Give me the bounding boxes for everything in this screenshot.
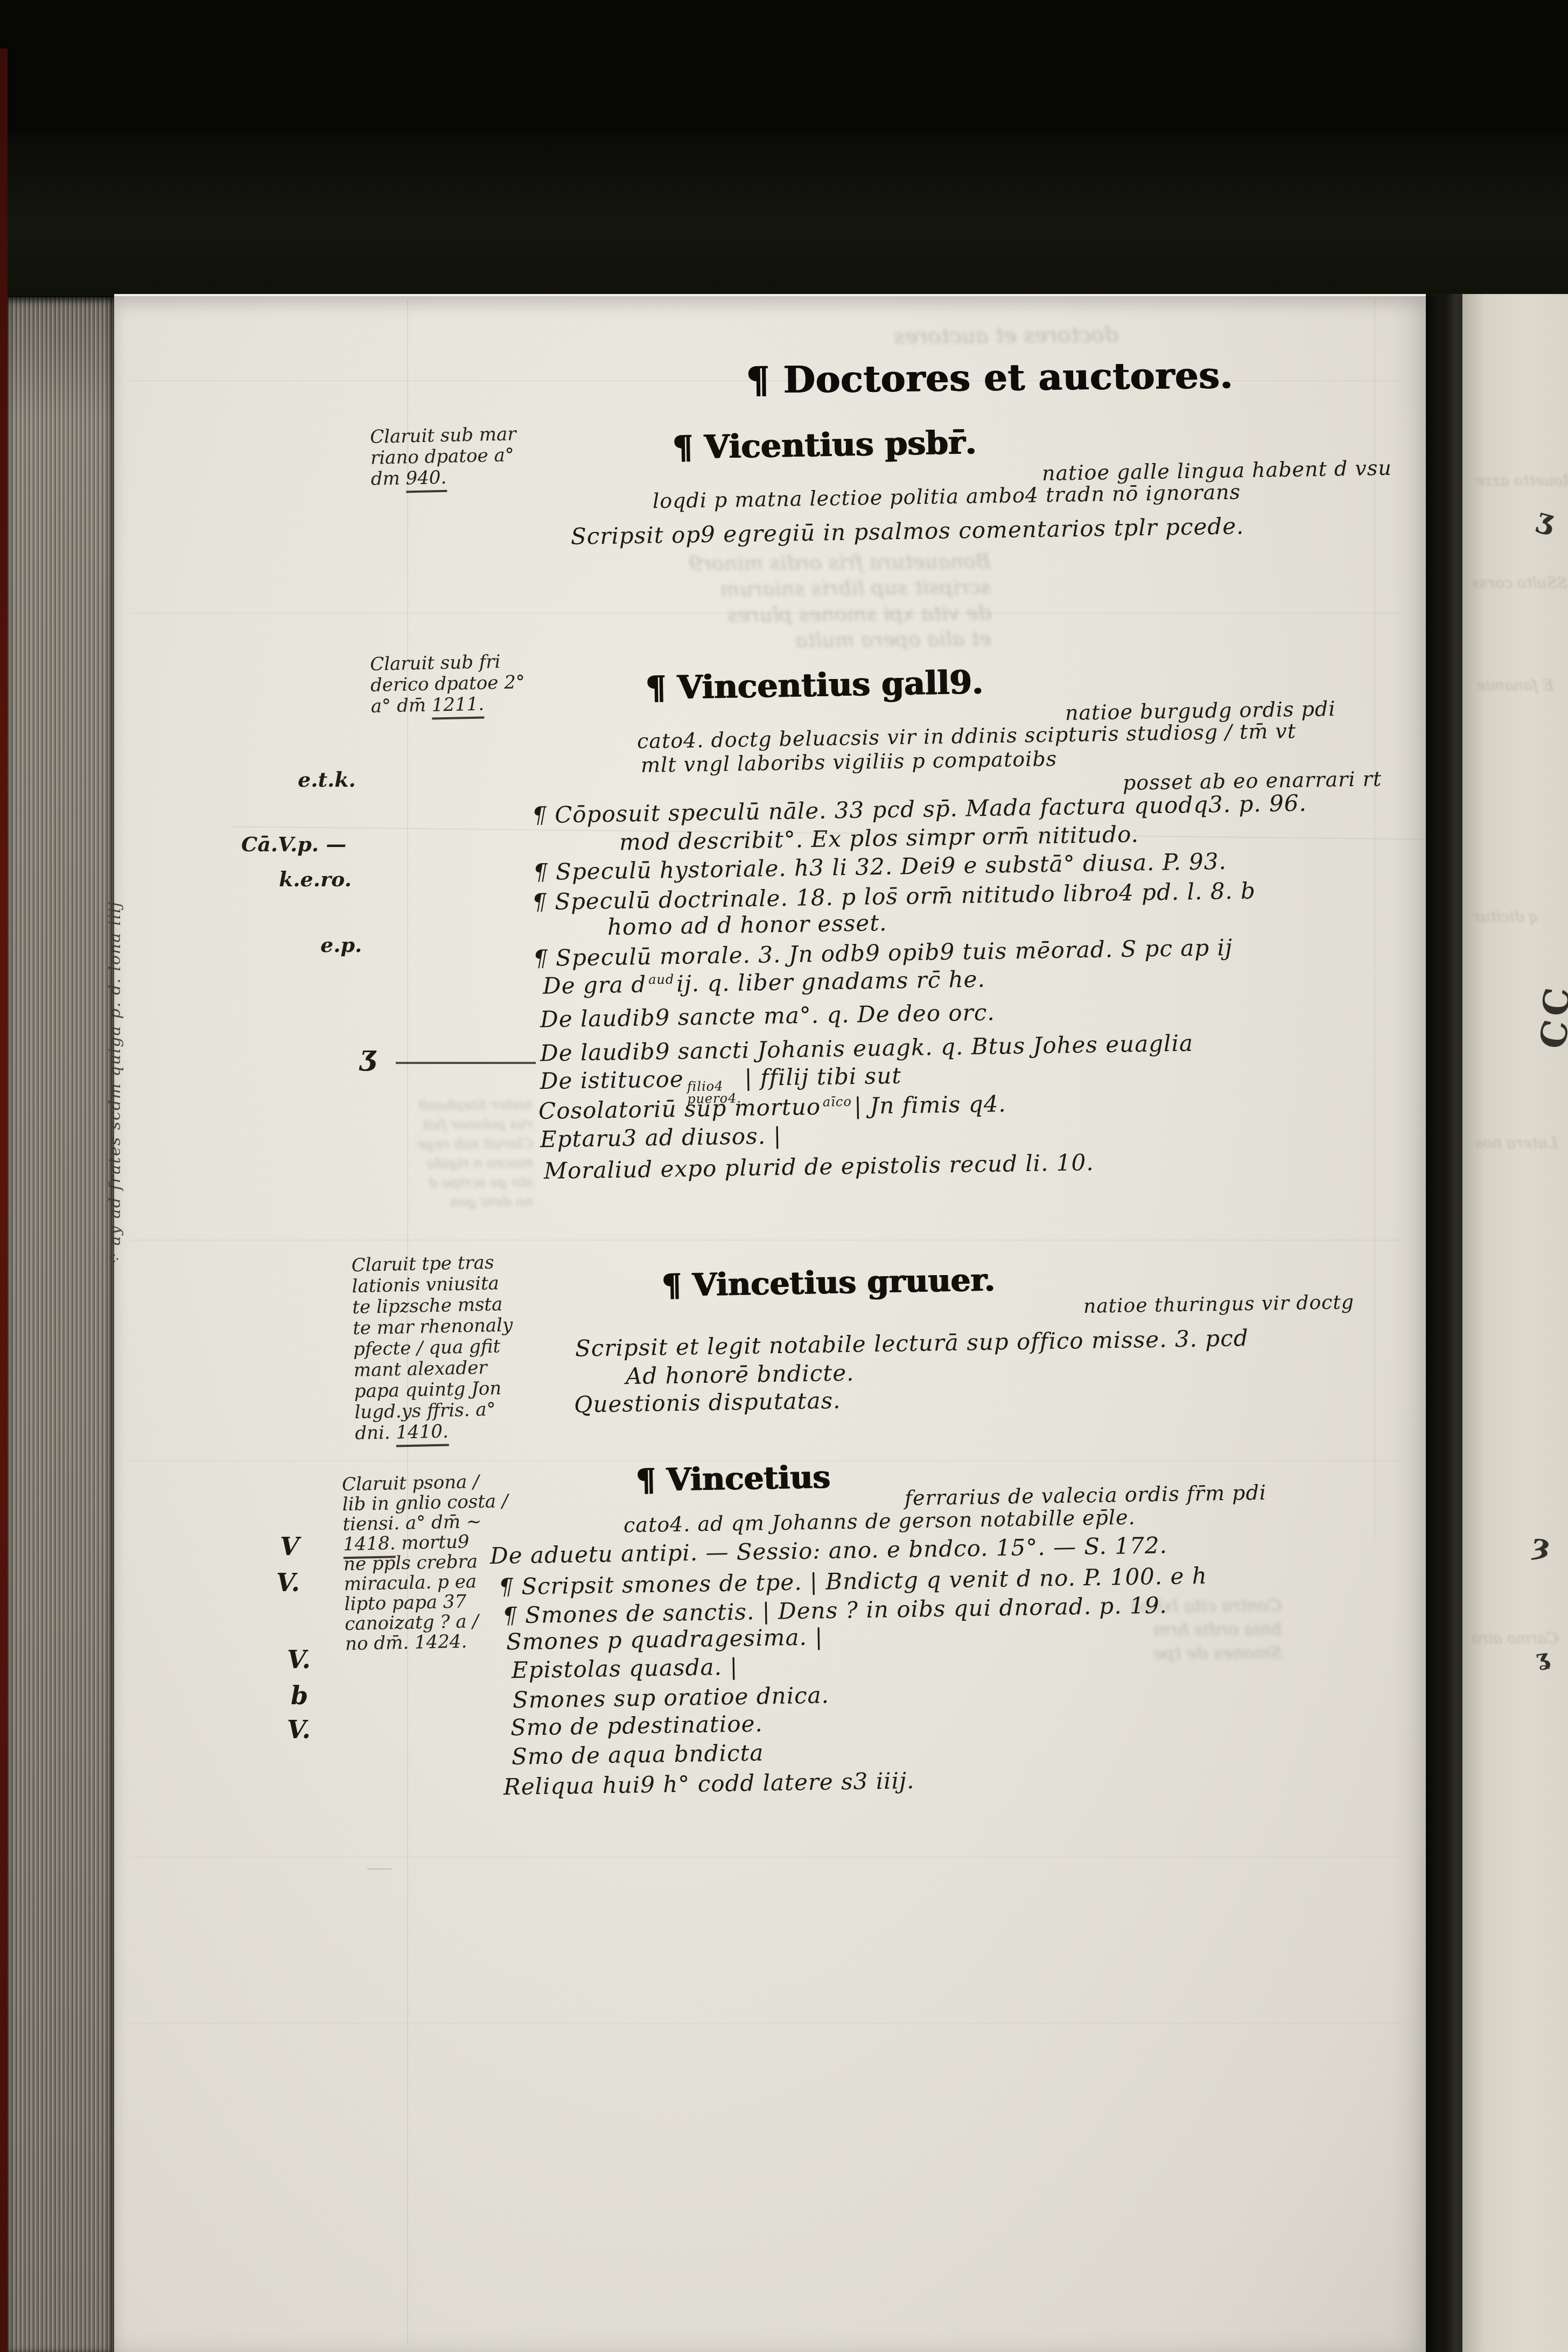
guide-line — [130, 2022, 1401, 2024]
ink-mark: ȝ — [1530, 1526, 1554, 1564]
bleed-through-block: Bonauetura fris ordis minor9 scripsit su… — [689, 548, 991, 654]
bleed-through-text: doctores et auctores — [894, 322, 1118, 349]
guide-line — [130, 1857, 1401, 1858]
facing-page-sliver: Rouetto azze SSulto corss E fanamie q di… — [1462, 294, 1568, 2352]
entry4-work-line: Epistolas quasda. | — [512, 1654, 738, 1684]
ink-mark: ʒ — [1534, 501, 1558, 537]
manuscript-photo: doctores et auctores Bonauetura fris ord… — [0, 0, 1568, 2352]
entry2-work-line: Eptaru3 ad diusos. | — [540, 1122, 782, 1152]
entry4-work-line: Smo de aqua bndicta — [512, 1739, 764, 1769]
margin-siglum: V — [280, 1532, 299, 1561]
margin-siglum: Cā.V.p. — — [241, 832, 346, 856]
entry3-author-description: natioe thuringus vir doctg — [1083, 1291, 1354, 1318]
margin-siglum: e.p. — [320, 933, 362, 957]
entry1-margin-note: Claruit sub mar riano dpatoe a° dm 940. — [370, 424, 517, 490]
entry2-work-line: homo ad d honor esset. — [607, 909, 887, 940]
entry3-work-line: Questionis disputatas. — [574, 1387, 841, 1418]
margin-siglum: b — [291, 1681, 308, 1710]
entry3-margin-note: Claruit tpe tras lationis vniusita te li… — [351, 1252, 515, 1444]
entry2-author-name: ¶ Vincentius gall9. — [645, 664, 983, 708]
bleed-through-text: SSulto corss — [1472, 574, 1567, 592]
date: 1424. — [414, 1630, 467, 1653]
entry2-margin-note: Claruit sub fri derico dpatoe 2° a° dm̄ … — [370, 651, 526, 717]
entry4-work-line: Smones sup oratioe dnica. — [513, 1682, 830, 1713]
bleed-through-text: q dicitur — [1473, 908, 1538, 926]
ink-mark: Ɔ — [1530, 1017, 1568, 1052]
background-shadow-band — [0, 135, 1568, 296]
ink-mark: ʓ — [1534, 1644, 1550, 1672]
book-cover-edge — [0, 48, 8, 2352]
page-heading: ¶ Doctores et auctores. — [746, 354, 1233, 402]
margin-siglum: ʒ — [360, 1039, 376, 1072]
stray-mark — [367, 1868, 392, 1870]
date-underlined: 940. — [405, 467, 447, 493]
gutter-shadow — [1426, 294, 1462, 2352]
bleed-through-block: nister Stephan9 rus polonor fuit Claruit… — [417, 1095, 534, 1213]
margin-siglum: V. — [276, 1568, 300, 1597]
entry1-author-name: ¶ Vicentius psbr̄. — [671, 424, 976, 467]
bleed-through-text: Lutera nos — [1475, 1134, 1558, 1152]
entry4-work-line: Smones p quadragesima. | — [506, 1623, 823, 1655]
entry4-work-line: Smo de pdestinatioe. — [510, 1710, 763, 1740]
entry4-margin-note: Claruit psona / lib in gnlio costa / tie… — [342, 1472, 512, 1654]
margin-siglum: V. — [287, 1715, 311, 1744]
bleed-through-text: E fanamie — [1476, 676, 1553, 694]
ink-mark: Ɔ — [1533, 986, 1568, 1018]
margin-dash — [396, 1062, 536, 1064]
guide-line — [130, 1240, 1401, 1241]
bleed-through-text: Rouetto azze — [1475, 472, 1568, 489]
date-underlined: 1410. — [396, 1420, 449, 1447]
spine-vertical-note: ⁘ ay ad frates scdm quiga p. d. lona iii… — [106, 901, 124, 1266]
entry4-author-name: ¶ Vincetius — [635, 1459, 830, 1499]
page-edge-stack — [8, 297, 114, 2352]
entry3-author-name: ¶ Vincetius gruuer. — [661, 1262, 995, 1304]
interlinear-gloss: aīco — [823, 1094, 852, 1110]
margin-siglum: V. — [287, 1645, 311, 1674]
margin-rule-right — [1374, 299, 1375, 1538]
entry3-work-line: Ad honorē bndicte. — [626, 1360, 855, 1390]
date-underlined: 1211. — [431, 694, 484, 720]
margin-siglum: e.t.k. — [298, 767, 356, 792]
margin-siglum: k.e.ro. — [279, 867, 352, 891]
interlinear-gloss: aud — [648, 972, 675, 988]
